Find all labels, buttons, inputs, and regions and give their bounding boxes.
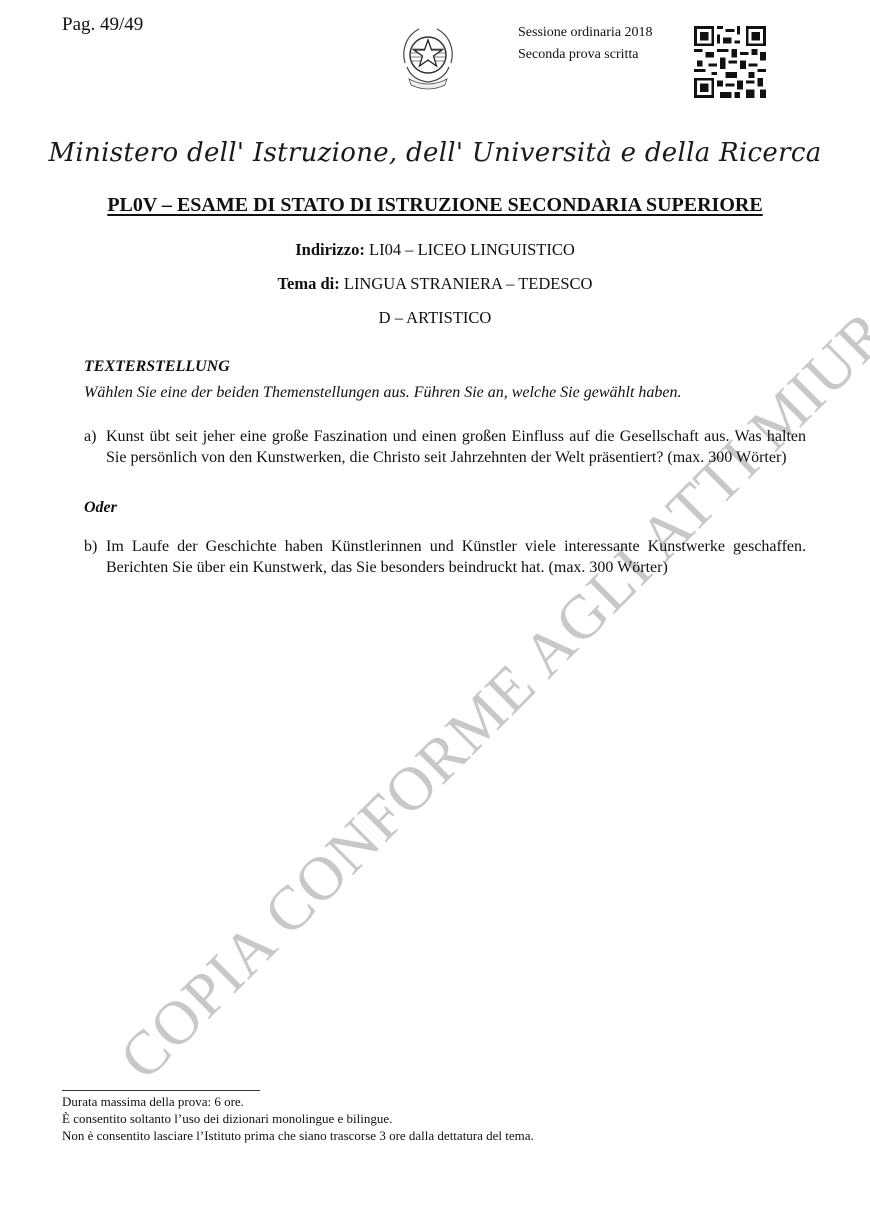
qr-code-icon — [694, 26, 766, 98]
task-text: Im Laufe der Geschichte haben Künstlerin… — [106, 536, 806, 578]
tema-label: Tema di: — [278, 274, 340, 293]
footnote-leave-rule: Non è consentito lasciare l’Istituto pri… — [62, 1127, 534, 1144]
tema-value: LINGUA STRANIERA – TEDESCO — [344, 274, 593, 293]
footnotes: Durata massima della prova: 6 ore. È con… — [62, 1093, 534, 1144]
exam-title: PL0V – ESAME DI STATO DI ISTRUZIONE SECO… — [0, 194, 870, 217]
indirizzo-value: LI04 – LICEO LINGUISTICO — [369, 240, 575, 259]
task-text: Kunst übt seit jeher eine große Faszinat… — [106, 426, 806, 468]
footnote-duration: Durata massima della prova: 6 ore. — [62, 1093, 534, 1110]
session-line-2: Seconda prova scritta — [518, 44, 653, 66]
instruction: Wählen Sie eine der beiden Themenstellun… — [84, 384, 681, 402]
footnote-divider — [62, 1090, 260, 1091]
section-title: TEXTERSTELLUNG — [84, 358, 230, 376]
option-line: D – ARTISTICO — [0, 308, 870, 328]
task-label: b) — [84, 536, 97, 557]
indirizzo-label: Indirizzo: — [295, 240, 365, 259]
indirizzo-line: Indirizzo: LI04 – LICEO LINGUISTICO — [0, 240, 870, 260]
task-b: b) Im Laufe der Geschichte haben Künstle… — [84, 536, 806, 578]
footnote-dictionaries: È consentito soltanto l’uso dei dizionar… — [62, 1110, 534, 1127]
session-line-1: Sessione ordinaria 2018 — [518, 22, 653, 44]
italian-republic-emblem-icon — [399, 23, 457, 93]
separator-oder: Oder — [84, 499, 117, 517]
task-a: a) Kunst übt seit jeher eine große Faszi… — [84, 426, 806, 468]
task-label: a) — [84, 426, 96, 447]
tema-line: Tema di: LINGUA STRANIERA – TEDESCO — [0, 274, 870, 294]
session-info: Sessione ordinaria 2018 Seconda prova sc… — [518, 22, 653, 66]
page-number: Pag. 49/49 — [62, 14, 143, 36]
ministry-heading: Ministero dell' Istruzione, dell' Univer… — [0, 138, 870, 168]
